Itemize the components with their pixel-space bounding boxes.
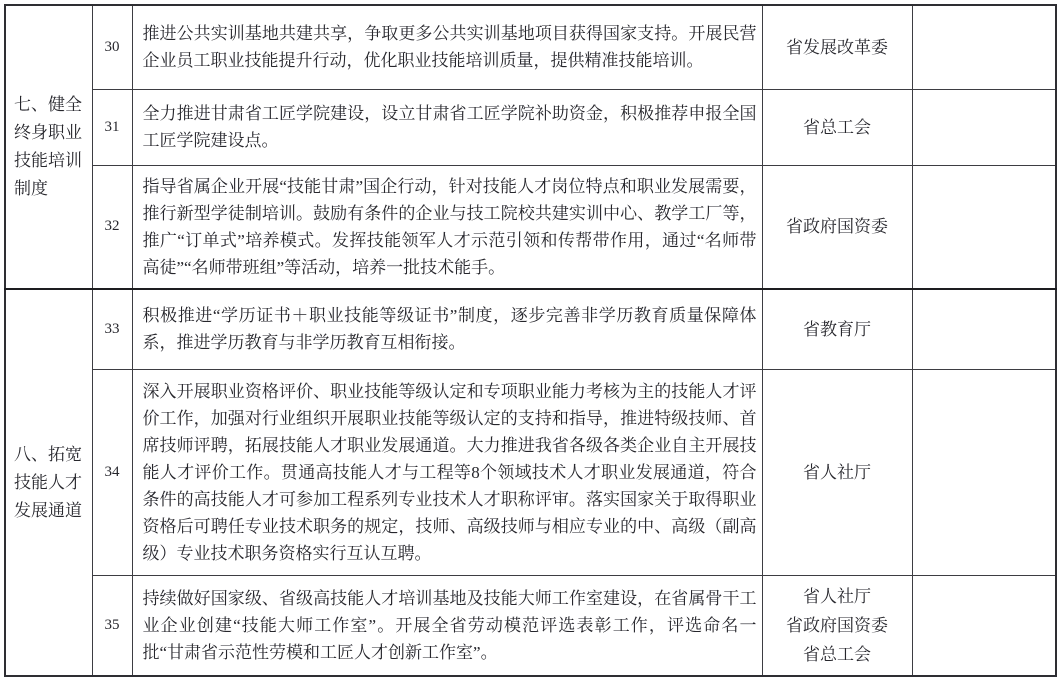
- task-cell: 推进公共实训基地共建共享，争取更多公共实训基地项目获得国家支持。开展民营企业员工…: [132, 5, 762, 89]
- notes-cell: [912, 575, 1056, 676]
- table-row: 32 指导省属企业开展“技能甘肃”国企行动，针对技能人才岗位特点和职业发展需要，…: [5, 165, 1056, 289]
- row-number-cell: 34: [92, 369, 132, 575]
- department-cell: 省发展改革委: [762, 5, 912, 89]
- table-row: 31 全力推进甘肃省工匠学院建设，设立甘肃省工匠学院补助资金，积极推荐申报全国工…: [5, 89, 1056, 165]
- measures-table: 七、健全终身职业技能培训制度 30 推进公共实训基地共建共享，争取更多公共实训基…: [4, 4, 1057, 677]
- notes-cell: [912, 89, 1056, 165]
- department-cell: 省政府国资委: [762, 165, 912, 289]
- row-number-cell: 33: [92, 289, 132, 369]
- row-number-cell: 32: [92, 165, 132, 289]
- category-cell-section-8: 八、拓宽技能人才发展通道: [5, 289, 92, 676]
- department-cell: 省人社厅: [762, 369, 912, 575]
- row-number-cell: 30: [92, 5, 132, 89]
- task-cell: 持续做好国家级、省级高技能人才培训基地及技能大师工作室建设，在省属骨干工业企业创…: [132, 575, 762, 676]
- notes-cell: [912, 289, 1056, 369]
- task-cell: 指导省属企业开展“技能甘肃”国企行动，针对技能人才岗位特点和职业发展需要，推行新…: [132, 165, 762, 289]
- row-number-cell: 35: [92, 575, 132, 676]
- table-row: 七、健全终身职业技能培训制度 30 推进公共实训基地共建共享，争取更多公共实训基…: [5, 5, 1056, 89]
- department-cell: 省教育厅: [762, 289, 912, 369]
- notes-cell: [912, 5, 1056, 89]
- department-cell: 省人社厅 省政府国资委 省总工会: [762, 575, 912, 676]
- department-cell: 省总工会: [762, 89, 912, 165]
- table-row: 34 深入开展职业资格评价、职业技能等级认定和专项职业能力考核为主的技能人才评价…: [5, 369, 1056, 575]
- task-cell: 深入开展职业资格评价、职业技能等级认定和专项职业能力考核为主的技能人才评价工作，…: [132, 369, 762, 575]
- task-cell: 全力推进甘肃省工匠学院建设，设立甘肃省工匠学院补助资金，积极推荐申报全国工匠学院…: [132, 89, 762, 165]
- category-cell-section-7: 七、健全终身职业技能培训制度: [5, 5, 92, 289]
- table-row: 35 持续做好国家级、省级高技能人才培训基地及技能大师工作室建设，在省属骨干工业…: [5, 575, 1056, 676]
- task-cell: 积极推进“学历证书＋职业技能等级证书”制度，逐步完善非学历教育质量保障体系，推进…: [132, 289, 762, 369]
- notes-cell: [912, 165, 1056, 289]
- notes-cell: [912, 369, 1056, 575]
- row-number-cell: 31: [92, 89, 132, 165]
- table-row: 八、拓宽技能人才发展通道 33 积极推进“学历证书＋职业技能等级证书”制度，逐步…: [5, 289, 1056, 369]
